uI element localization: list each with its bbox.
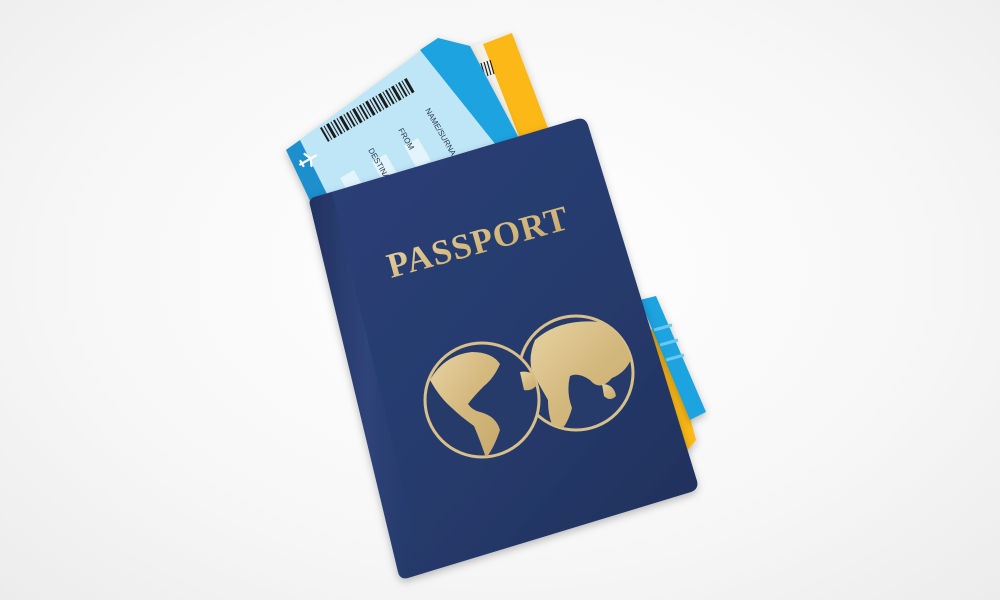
passport-cover: PASSPORT — [310, 119, 698, 579]
passport-illustration: DESTINA FROM NAME/SURNA PASSPORT — [0, 0, 1000, 600]
